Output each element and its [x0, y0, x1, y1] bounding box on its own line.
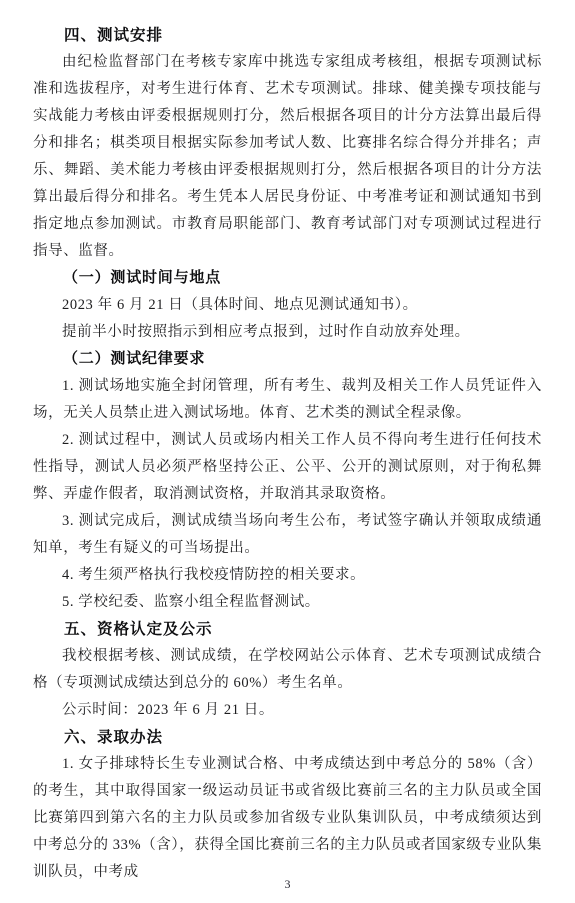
section-heading-5-qualification-publicity: 五、资格认定及公示: [33, 616, 542, 643]
para-discipline-item-2: 2. 测试过程中，测试人员或场内相关工作人员不得向考生进行任何技术性指导，测试人…: [33, 427, 542, 508]
page-number: 3: [0, 877, 575, 892]
subheading-2-test-discipline: （二）测试纪律要求: [33, 346, 542, 373]
para-discipline-item-5: 5. 学校纪委、监察小组全程监督测试。: [33, 589, 542, 616]
document-page: 四、测试安排 由纪检监督部门在考核专家库中挑选专家组成考核组，根据专项测试标准和…: [0, 0, 575, 903]
para-test-arrangement-overview: 由纪检监督部门在考核专家库中挑选专家组成考核组，根据专项测试标准和选拔程序，对考…: [33, 49, 542, 265]
section-heading-6-admission-method: 六、录取办法: [33, 724, 542, 751]
subheading-1-test-time-location: （一）测试时间与地点: [33, 265, 542, 292]
para-qualification-publicity: 我校根据考核、测试成绩，在学校网站公示体育、艺术专项测试成绩合格（专项测试成绩达…: [33, 643, 542, 697]
para-discipline-item-4: 4. 考生须严格执行我校疫情防控的相关要求。: [33, 562, 542, 589]
section-heading-4-test-arrangement: 四、测试安排: [33, 22, 542, 49]
para-discipline-item-3: 3. 测试完成后，测试成绩当场向考生公布，考试签字确认并领取成绩通知单，考生有疑…: [33, 508, 542, 562]
para-discipline-item-1: 1. 测试场地实施全封闭管理，所有考生、裁判及相关工作人员凭证件入场，无关人员禁…: [33, 373, 542, 427]
para-checkin-notice: 提前半小时按照指示到相应考点报到，过时作自动放弃处理。: [33, 319, 542, 346]
para-test-date: 2023 年 6 月 21 日（具体时间、地点见测试通知书）。: [33, 292, 542, 319]
para-admission-item-1: 1. 女子排球特长生专业测试合格、中考成绩达到中考总分的 58%（含）的考生，其…: [33, 751, 542, 886]
para-publicity-time: 公示时间：2023 年 6 月 21 日。: [33, 697, 542, 724]
